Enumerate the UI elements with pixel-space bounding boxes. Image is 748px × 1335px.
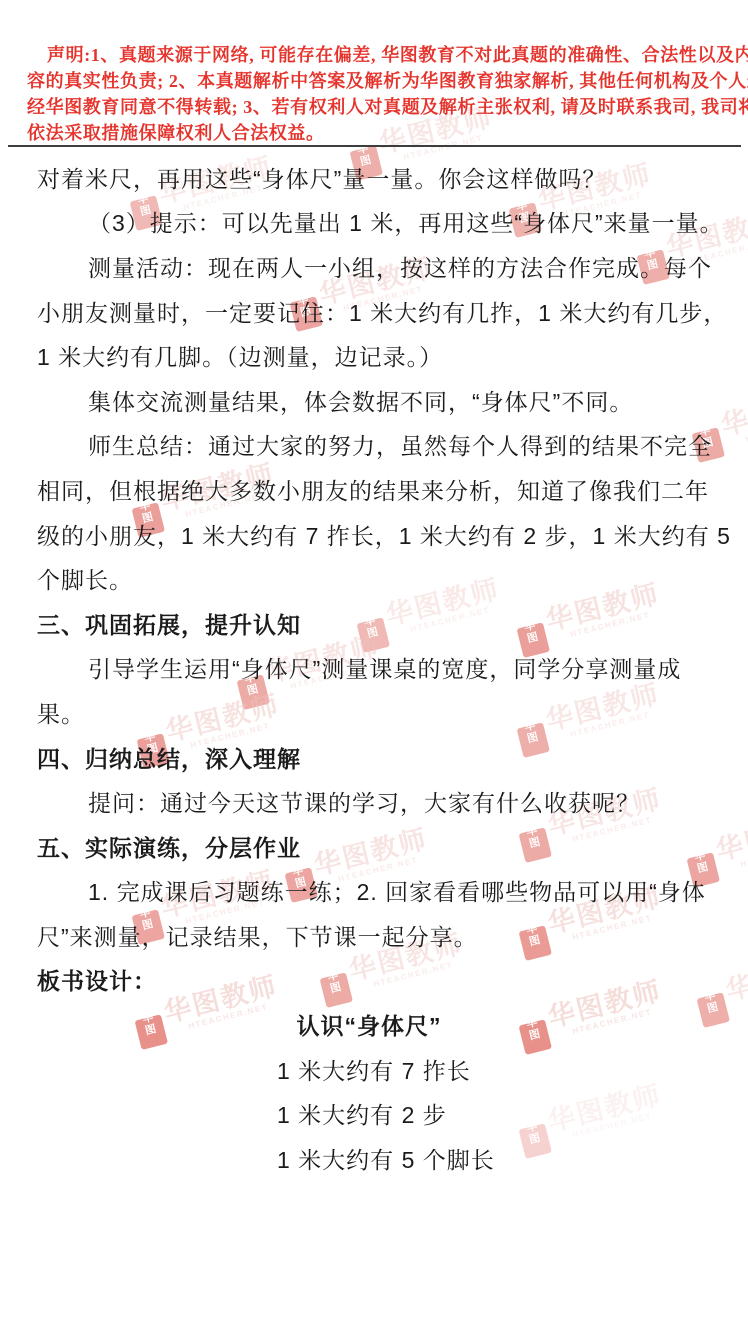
text-line: 1. 完成课后习题练一练；2. 回家看看哪些物品可以用“身体 [37, 869, 713, 914]
text-line: 对着米尺，再用这些“身体尺”量一量。你会这样做吗？ [37, 155, 713, 200]
text-line: 师生总结：通过大家的努力，虽然每个人得到的结果不完全 [37, 423, 713, 468]
board-line: 1 米大约有 5 个脚长 [37, 1136, 713, 1181]
watermark-brand-text: 华图教师 [718, 385, 748, 440]
text-line: 小朋友测量时，一定要记住：1 米大约有几拃，1 米大约有几步， [37, 289, 713, 334]
disclaimer-line: 声明:1、真题来源于网络, 可能存在偏差, 华图教育不对此真题的准确性、合法性以… [27, 42, 727, 68]
text-line: 引导学生运用“身体尺”测量课桌的宽度，同学分享测量成 [37, 646, 713, 691]
disclaimer: 声明:1、真题来源于网络, 可能存在偏差, 华图教育不对此真题的准确性、合法性以… [27, 42, 727, 146]
text-line: 尺”来测量，记录结果，下节课一起分享。 [37, 913, 713, 958]
text-line: （3）提示：可以先量出 1 米，再用这些“身体尺”来量一量。 [37, 200, 713, 245]
board-title-line: 认识“身体尺” [37, 1002, 713, 1047]
text-line: 相同，但根据绝大多数小朋友的结果来分析，知道了像我们二年 [37, 467, 713, 512]
watermark-brand-text: 华图教师 [723, 950, 748, 1005]
document-body: 对着米尺，再用这些“身体尺”量一量。你会这样做吗？（3）提示：可以先量出 1 米… [37, 155, 713, 1181]
text-line: 测量活动：现在两人一小组，按这样的方法合作完成。每个 [37, 244, 713, 289]
section-heading: 板书设计： [37, 958, 713, 1003]
board-line: 1 米大约有 7 拃长 [37, 1047, 713, 1092]
disclaimer-line: 依法采取措施保障权利人合法权益。 [27, 120, 727, 146]
text-line: 集体交流测量结果，体会数据不同，“身体尺”不同。 [37, 378, 713, 423]
section-heading: 四、归纳总结，深入理解 [37, 735, 713, 780]
disclaimer-line: 经华图教育同意不得转载; 3、若有权利人对真题及解析主张权利, 请及时联系我司,… [27, 94, 727, 120]
text-line: 级的小朋友，1 米大约有 7 拃长，1 米大约有 2 步，1 米大约有 5 [37, 512, 713, 557]
disclaimer-label: 声明: [47, 45, 91, 65]
board-line: 1 米大约有 2 步 [37, 1091, 713, 1136]
text-line: 个脚长。 [37, 556, 713, 601]
section-heading: 三、巩固拓展，提升认知 [37, 601, 713, 646]
text-line: 1 米大约有几脚。（边测量，边记录。） [37, 333, 713, 378]
divider-line [8, 145, 741, 147]
disclaimer-line: 容的真实性负责; 2、本真题解析中答案及解析为华图教育独家解析, 其他任何机构及… [27, 68, 727, 94]
section-heading: 五、实际演练，分层作业 [37, 824, 713, 869]
watermark-brand-text: 华图教师 [713, 810, 748, 865]
document-page: 华图华图教师HTEACHER.NET华图华图教师HTEACHER.NET华图华图… [0, 0, 748, 1335]
text-line: 提问：通过今天这节课的学习，大家有什么收获呢？ [37, 779, 713, 824]
text-line: 果。 [37, 690, 713, 735]
watermark-domain-text: HTEACHER.NET [739, 837, 748, 870]
watermark-domain-text: HTEACHER.NET [744, 412, 748, 445]
